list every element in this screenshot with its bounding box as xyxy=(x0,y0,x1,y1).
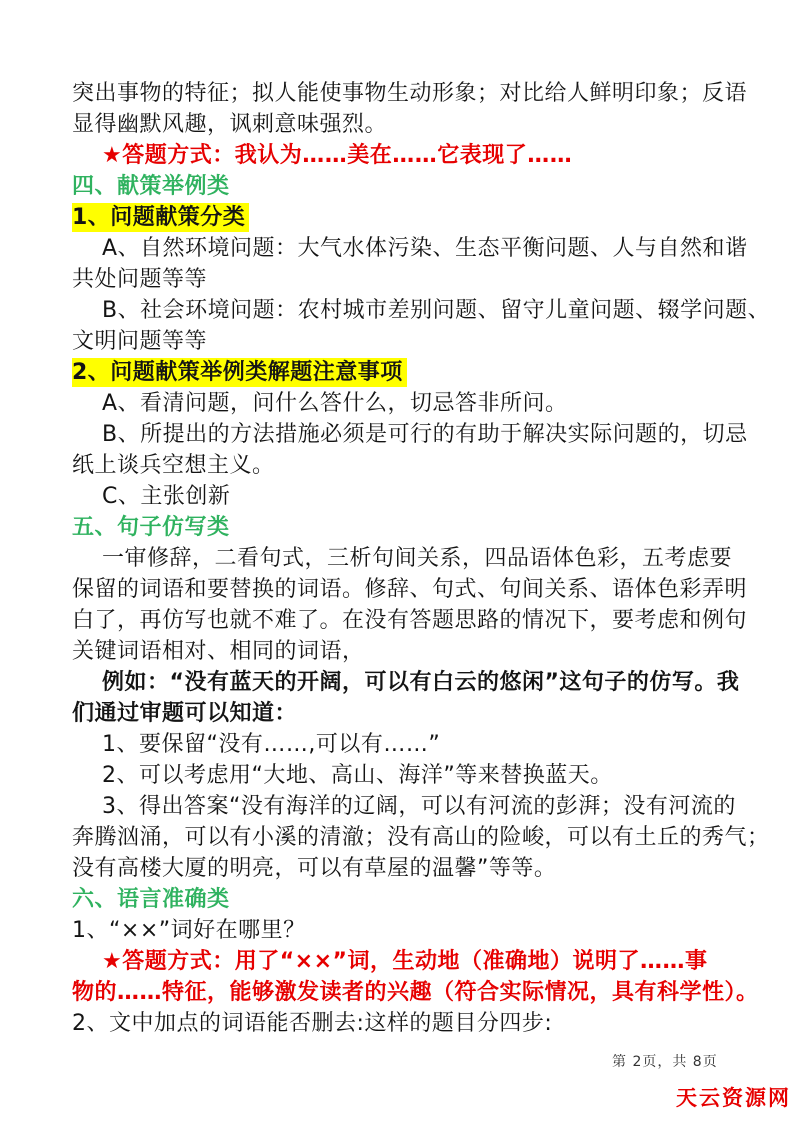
text-line-content: 白了，再仿写也就不难了。在没有答题思路的情况下，要考虑和例句 xyxy=(72,608,747,633)
text-line-content: 文明问题等等 xyxy=(72,329,207,354)
answer-format-text: 物的……特征，能够激发读者的兴趣（符合实际情况，具有科学性）。 xyxy=(72,980,759,1005)
text-line: B、所提出的方法措施必须是可行的有助于解决实际问题的，切忌 xyxy=(72,419,737,450)
answer-format-line: ★答题方式：用了“××”词，生动地（准确地）说明了……事 xyxy=(72,946,737,977)
page-number-indicator: 第 2页，共 8页 xyxy=(612,1051,718,1071)
example-line: 例如：“没有蓝天的开阔，可以有白云的悠闲”这句子的仿写。我 xyxy=(72,667,737,698)
text-line-content: A、看清问题，问什么答什么，切忌答非所问。 xyxy=(102,391,568,416)
text-line: 一审修辞，二看句式，三析句间关系，四品语体色彩，五考虑要 xyxy=(72,543,737,574)
answer-format-line: 物的……特征，能够激发读者的兴趣（符合实际情况，具有科学性）。 xyxy=(72,977,737,1008)
text-line: 突出事物的特征；拟人能使事物生动形象；对比给人鲜明印象；反语 xyxy=(72,78,737,109)
section-heading-text: 四、献策举例类 xyxy=(72,174,230,199)
answer-format-text: ★答题方式：我认为……美在……它表现了…… xyxy=(102,143,572,168)
text-line: 纸上谈兵空想主义。 xyxy=(72,450,737,481)
text-line-content: 一审修辞，二看句式，三析句间关系，四品语体色彩，五考虑要 xyxy=(102,546,732,571)
answer-format-text: ★答题方式：用了“××”词，生动地（准确地）说明了……事 xyxy=(102,949,708,974)
text-line: C、主张创新 xyxy=(72,481,737,512)
text-line-content: 保留的词语和要替换的词语。修辞、句式、句间关系、语体色彩弄明 xyxy=(72,577,747,602)
highlighted-subheading-text: 2、问题献策举例类解题注意事项 xyxy=(72,358,407,387)
example-line-text: 们通过审题可以知道： xyxy=(72,701,297,726)
text-line: 没有高楼大厦的明亮，可以有草屋的温馨”等等。 xyxy=(72,853,737,884)
section-heading: 五、句子仿写类 xyxy=(72,512,737,543)
answer-format-line: ★答题方式：我认为……美在……它表现了…… xyxy=(72,140,737,171)
text-line-content: 2、可以考虑用“大地、高山、海洋”等来替换蓝天。 xyxy=(102,763,613,788)
text-line: A、自然环境问题：大气水体污染、生态平衡问题、人与自然和谐 xyxy=(72,233,737,264)
text-line-content: 共处问题等等 xyxy=(72,267,207,292)
text-line-content: 3、得出答案“没有海洋的辽阔，可以有河流的彭湃；没有河流的 xyxy=(102,794,736,819)
highlighted-subheading-text: 1、问题献策分类 xyxy=(72,203,249,232)
text-line-content: B、社会环境问题：农村城市差别问题、留守儿童问题、辍学问题、 xyxy=(102,298,770,323)
text-line: 1、“××”词好在哪里？ xyxy=(72,915,737,946)
text-line: 3、得出答案“没有海洋的辽阔，可以有河流的彭湃；没有河流的 xyxy=(72,791,737,822)
document-page: 突出事物的特征；拟人能使事物生动形象；对比给人鲜明印象；反语 显得幽默风趣，讽刺… xyxy=(0,0,793,1122)
text-line-content: A、自然环境问题：大气水体污染、生态平衡问题、人与自然和谐 xyxy=(102,236,748,261)
section-heading-text: 五、句子仿写类 xyxy=(72,515,230,540)
text-line: 2、文中加点的词语能否删去:这样的题目分四步: xyxy=(72,1008,737,1039)
text-line-content: 显得幽默风趣，讽刺意味强烈。 xyxy=(72,112,387,137)
text-line: 显得幽默风趣，讽刺意味强烈。 xyxy=(72,109,737,140)
text-line: 共处问题等等 xyxy=(72,264,737,295)
text-line: 2、可以考虑用“大地、高山、海洋”等来替换蓝天。 xyxy=(72,760,737,791)
text-line: 1、要保留“没有……,可以有……” xyxy=(72,729,737,760)
document-body: 突出事物的特征；拟人能使事物生动形象；对比给人鲜明印象；反语 显得幽默风趣，讽刺… xyxy=(72,78,737,1039)
text-line-content: 2、文中加点的词语能否删去:这样的题目分四步: xyxy=(72,1011,552,1036)
text-line: 文明问题等等 xyxy=(72,326,737,357)
text-line-content: 纸上谈兵空想主义。 xyxy=(72,453,275,478)
text-line: 关键词语相对、相同的词语， xyxy=(72,636,737,667)
watermark-text: 天云资源网 xyxy=(676,1082,791,1112)
text-line: A、看清问题，问什么答什么，切忌答非所问。 xyxy=(72,388,737,419)
text-line-content: C、主张创新 xyxy=(102,484,230,509)
highlighted-subheading: 1、问题献策分类 xyxy=(72,202,737,233)
section-heading: 四、献策举例类 xyxy=(72,171,737,202)
highlighted-subheading: 2、问题献策举例类解题注意事项 xyxy=(72,357,737,388)
example-line: 们通过审题可以知道： xyxy=(72,698,737,729)
text-line-content: 关键词语相对、相同的词语， xyxy=(72,639,365,664)
text-line-content: 没有高楼大厦的明亮，可以有草屋的温馨”等等。 xyxy=(72,856,556,881)
text-line: 保留的词语和要替换的词语。修辞、句式、句间关系、语体色彩弄明 xyxy=(72,574,737,605)
text-line-content: 1、“××”词好在哪里？ xyxy=(72,918,306,943)
text-line-content: 突出事物的特征；拟人能使事物生动形象；对比给人鲜明印象；反语 xyxy=(72,81,747,106)
text-line: B、社会环境问题：农村城市差别问题、留守儿童问题、辍学问题、 xyxy=(72,295,737,326)
text-line: 白了，再仿写也就不难了。在没有答题思路的情况下，要考虑和例句 xyxy=(72,605,737,636)
text-line-content: B、所提出的方法措施必须是可行的有助于解决实际问题的，切忌 xyxy=(102,422,748,447)
text-line: 奔腾汹涌，可以有小溪的清澈；没有高山的险峻，可以有土丘的秀气； xyxy=(72,822,737,853)
section-heading-text: 六、语言准确类 xyxy=(72,887,230,912)
text-line-content: 奔腾汹涌，可以有小溪的清澈；没有高山的险峻，可以有土丘的秀气； xyxy=(72,825,770,850)
example-line-text: 例如：“没有蓝天的开阔，可以有白云的悠闲”这句子的仿写。我 xyxy=(102,670,739,695)
section-heading: 六、语言准确类 xyxy=(72,884,737,915)
text-line-content: 1、要保留“没有……,可以有……” xyxy=(102,732,440,757)
